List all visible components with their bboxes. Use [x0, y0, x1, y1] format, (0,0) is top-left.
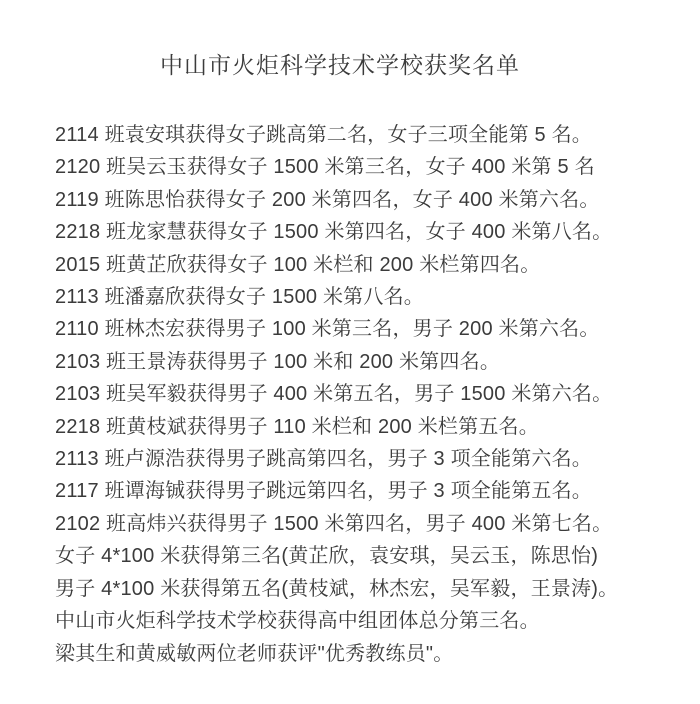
award-line: 2120 班吴云玉获得女子 1500 米第三名，女子 400 米第 5 名 [55, 151, 670, 183]
document-page: 中山市火炬科学技术学校获奖名单 2114 班袁安琪获得女子跳高第二名，女子三项全… [0, 0, 700, 704]
award-line: 男子 4*100 米获得第五名(黄枝斌，林杰宏，吴军毅，王景涛)。 [55, 573, 670, 605]
award-line: 2103 班吴军毅获得男子 400 米第五名，男子 1500 米第六名。 [55, 378, 670, 410]
award-line: 2119 班陈思怡获得女子 200 米第四名，女子 400 米第六名。 [55, 184, 670, 216]
award-line: 2218 班黄枝斌获得男子 110 米栏和 200 米栏第五名。 [55, 411, 670, 443]
award-line: 女子 4*100 米获得第三名(黄芷欣，袁安琪，吴云玉，陈思怡) [55, 540, 670, 572]
award-list: 2114 班袁安琪获得女子跳高第二名，女子三项全能第 5 名。 2120 班吴云… [0, 80, 700, 670]
award-line: 2117 班谭海铖获得男子跳远第四名，男子 3 项全能第五名。 [55, 475, 670, 507]
document-title: 中山市火炬科学技术学校获奖名单 [0, 0, 700, 80]
award-line: 梁其生和黄威敏两位老师获评"优秀教练员"。 [55, 638, 670, 670]
award-line: 2113 班潘嘉欣获得女子 1500 米第八名。 [55, 281, 670, 313]
award-line: 中山市火炬科学技术学校获得高中组团体总分第三名。 [55, 605, 670, 637]
award-line: 2113 班卢源浩获得男子跳高第四名，男子 3 项全能第六名。 [55, 443, 670, 475]
award-line: 2218 班龙家慧获得女子 1500 米第四名，女子 400 米第八名。 [55, 216, 670, 248]
award-line: 2110 班林杰宏获得男子 100 米第三名，男子 200 米第六名。 [55, 313, 670, 345]
award-line: 2102 班高炜兴获得男子 1500 米第四名，男子 400 米第七名。 [55, 508, 670, 540]
award-line: 2114 班袁安琪获得女子跳高第二名，女子三项全能第 5 名。 [55, 119, 670, 151]
award-line: 2015 班黄芷欣获得女子 100 米栏和 200 米栏第四名。 [55, 249, 670, 281]
award-line: 2103 班王景涛获得男子 100 米和 200 米第四名。 [55, 346, 670, 378]
